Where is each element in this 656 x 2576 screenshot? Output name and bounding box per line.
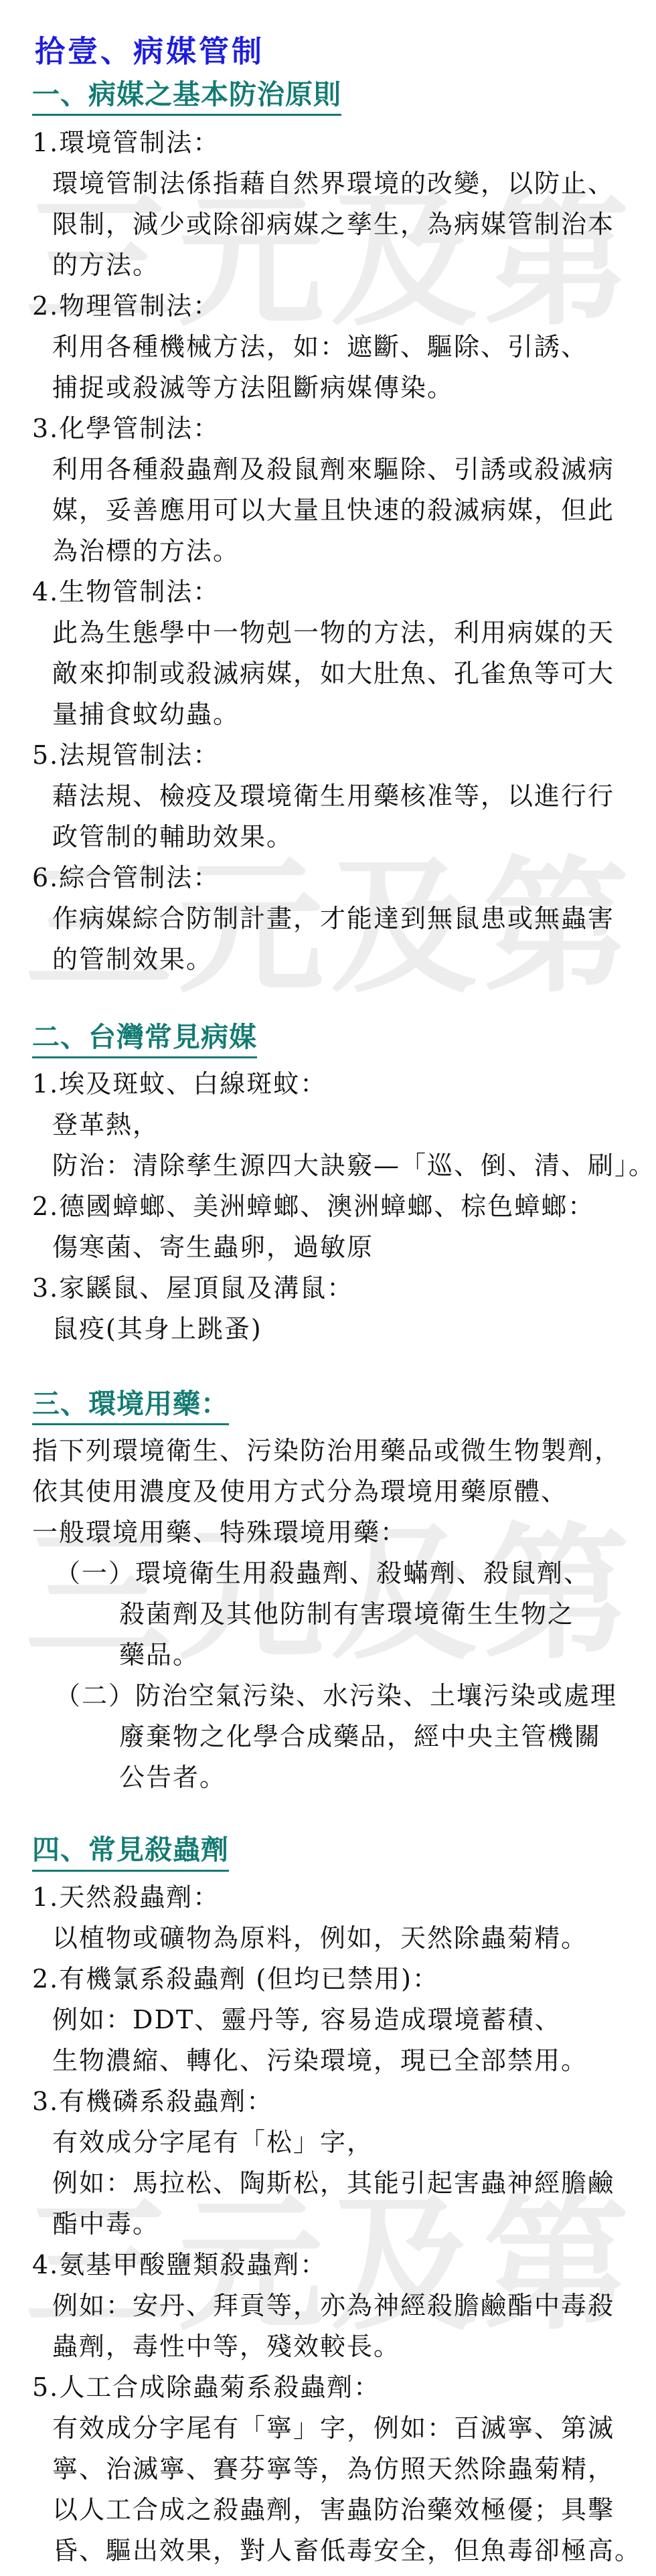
list-item-label: 1.埃及斑蚊、白線斑蚊： <box>32 1064 656 1105</box>
list-item-label: 4.生物管制法： <box>32 572 656 613</box>
section-heading-wrap: 三、環境用藥： <box>32 1388 656 1425</box>
body-line: 政管制的輔助效果。 <box>52 817 656 858</box>
body-line: 利用各種機械方法，如：遮斷、驅除、引誘、 <box>52 327 656 368</box>
body-line: 登革熱， <box>52 1105 656 1145</box>
list-item-label: 5.法規管制法： <box>32 735 656 776</box>
list-item-label: （一）環境衛生用殺蟲劑、殺蟎劑、殺鼠劑、 <box>55 1553 656 1594</box>
body-line: 敵來抑制或殺滅病媒，如大肚魚、孔雀魚等可大 <box>52 653 656 694</box>
body-line: 昏、驅出效果，對人畜低毒安全，但魚毒卻極高。 <box>52 2530 656 2571</box>
list-item-label: 2.有機氯系殺蟲劑 (但均已禁用)： <box>32 1959 656 2000</box>
body-line: 傷寒菌、寄生蟲卵，過敏原 <box>52 1227 656 1268</box>
section-1-heading: 一、病媒之基本防治原則 <box>32 79 341 116</box>
body-line: 寧、治滅寧、賽芬寧等，為仿照天然除蟲菊精， <box>52 2449 656 2490</box>
body-line: 以植物或礦物為原料，例如，天然除蟲菊精。 <box>52 1918 656 1959</box>
body-line: 的管制效果。 <box>52 939 656 980</box>
body-line: 捕捉或殺滅等方法阻斷病媒傳染。 <box>52 368 656 408</box>
body-line: 限制，減少或除卻病媒之孳生，為病媒管制治本 <box>52 204 656 245</box>
body-line: 例如：馬拉松、陶斯松，其能引起害蟲神經膽鹼 <box>52 2163 656 2204</box>
list-item-label: 3.家鼷鼠、屋頂鼠及溝鼠： <box>32 1268 656 1309</box>
body-line: 蟲劑，毒性中等，殘效較長。 <box>52 2326 656 2367</box>
body-line: 量捕食蚊幼蟲。 <box>52 694 656 735</box>
list-item-label: 4.氨基甲酸鹽類殺蟲劑： <box>32 2245 656 2285</box>
body-line: 媒，妥善應用可以大量且快速的殺滅病媒，但此 <box>52 490 656 531</box>
body-line: 酯中毒。 <box>52 2204 656 2245</box>
section-2-heading: 二、台灣常見病媒 <box>32 1022 257 1058</box>
body-line: 利用各種殺蟲劑及殺鼠劑來驅除、引誘或殺滅病 <box>52 449 656 490</box>
body-line: 殺菌劑及其他防制有害環境衛生生物之 <box>119 1594 656 1635</box>
body-line: 生物濃縮、轉化、污染環境，現已全部禁用。 <box>52 2040 656 2081</box>
body-line: 作病媒綜合防制計畫，才能達到無鼠患或無蟲害 <box>52 898 656 939</box>
body-line: 藥品。 <box>119 1635 656 1676</box>
list-item-label: 3.有機磷系殺蟲劑： <box>32 2081 656 2122</box>
document-page: 三元及第 三元及第 三元及第 三元及第 拾壹、病媒管制 一、病媒之基本防治原則 … <box>0 0 656 2576</box>
list-item-label: 2.德國蟑螂、美洲蟑螂、澳洲蟑螂、棕色蟑螂： <box>32 1186 656 1227</box>
body-line: 例如：安丹、拜貢等，亦為神經殺膽鹼酯中毒殺 <box>52 2285 656 2326</box>
section-heading-wrap: 二、台灣常見病媒 <box>32 1022 656 1058</box>
section-4-heading: 四、常見殺蟲劑 <box>32 1834 229 1871</box>
body-line: 為治標的方法。 <box>52 531 656 572</box>
body-line: 例如：DDT、靈丹等, 容易造成環境蓄積、 <box>52 2000 656 2040</box>
body-line: 公告者。 <box>119 1757 656 1798</box>
list-item-label: 3.化學管制法： <box>32 408 656 449</box>
body-line: 廢棄物之化學合成藥品，經中央主管機關 <box>119 1716 656 1757</box>
intro-line: 一般環境用藥、特殊環境用藥： <box>32 1512 656 1553</box>
body-line: 此為生態學中一物剋一物的方法，利用病媒的天 <box>52 613 656 653</box>
list-item-label: 1.環境管制法： <box>32 123 656 163</box>
body-line: 防治：清除孳生源四大訣竅—「巡、倒、清、刷」。 <box>52 1145 656 1186</box>
section-3-heading: 三、環境用藥： <box>32 1388 229 1425</box>
section-heading-wrap: 一、病媒之基本防治原則 <box>32 79 656 116</box>
section-heading-wrap: 四、常見殺蟲劑 <box>32 1834 656 1871</box>
body-line: 環境管制法係指藉自然界環境的改變，以防止、 <box>52 163 656 204</box>
list-item-label: 1.天然殺蟲劑： <box>32 1877 656 1918</box>
page-title: 拾壹、病媒管制 <box>35 33 656 70</box>
document-content: 拾壹、病媒管制 一、病媒之基本防治原則 1.環境管制法： 環境管制法係指藉自然界… <box>0 33 656 2571</box>
body-line: 有效成分字尾有「寧」字，例如：百滅寧、第滅 <box>52 2408 656 2449</box>
intro-line: 指下列環境衛生、污染防治用藥品或微生物製劑， <box>32 1431 656 1471</box>
body-line: 以人工合成之殺蟲劑，害蟲防治藥效極優；具擊 <box>52 2490 656 2530</box>
list-item-label: 2.物理管制法： <box>32 286 656 327</box>
list-item-label: 5.人工合成除蟲菊系殺蟲劑： <box>32 2367 656 2408</box>
body-line: 的方法。 <box>52 245 656 286</box>
body-line: 鼠疫(其身上跳蚤) <box>52 1309 656 1350</box>
body-line: 藉法規、檢疫及環境衛生用藥核准等，以進行行 <box>52 776 656 817</box>
list-item-label: （二）防治空氣污染、水污染、土壤污染或處理 <box>55 1676 656 1716</box>
list-item-label: 6.綜合管制法： <box>32 858 656 898</box>
intro-line: 依其使用濃度及使用方式分為環境用藥原體、 <box>32 1471 656 1512</box>
body-line: 有效成分字尾有「松」字， <box>52 2122 656 2163</box>
